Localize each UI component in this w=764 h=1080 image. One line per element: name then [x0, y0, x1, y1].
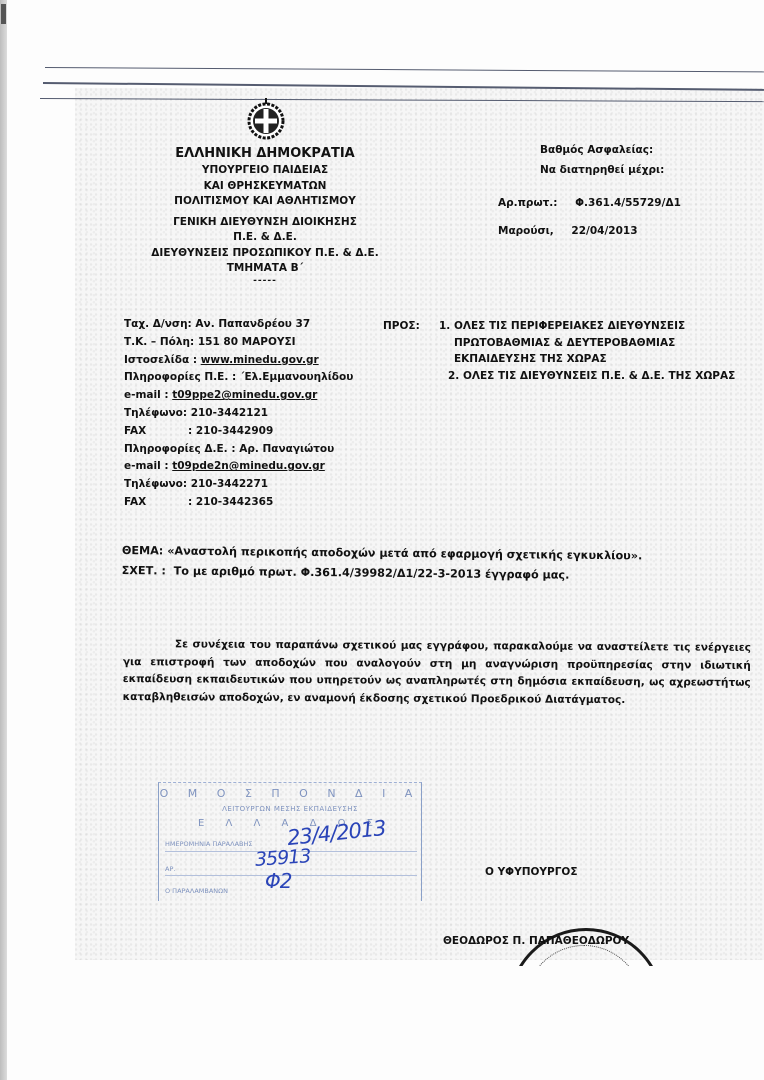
postal-label: Τ.Κ. – Πόλη: — [124, 336, 194, 348]
letterhead-line: Π.Ε. & Δ.Ε. — [140, 230, 390, 246]
protocol-number-row: Αρ.πρωτ.: Φ.361.4/55729/Δ1 — [498, 194, 728, 212]
handwritten-number: 35913 — [254, 845, 311, 871]
security-level-label: Βαθμός Ασφαλείας: — [540, 140, 728, 160]
recipients-label: ΠΡΟΣ: — [383, 318, 420, 335]
scan-line — [45, 67, 764, 72]
pe-info: ΄Ελ.Εμμανουηλίδου — [240, 371, 353, 383]
protocol-number: Φ.361.4/55729/Δ1 — [575, 197, 681, 209]
address-row: Ταχ. Δ/νση: Αν. Παπανδρέου 37 — [124, 316, 394, 334]
place-date-row: Μαρούσι, 22/04/2013 — [498, 222, 728, 240]
pe-fax: : 210-3442909 — [188, 425, 273, 437]
scrollbar-thumb[interactable] — [1, 4, 6, 24]
letterhead-line: ΚΑΙ ΘΡΗΣΚΕΥΜΑΤΩΝ — [140, 179, 390, 195]
pe-email-link[interactable]: t09ppe2@minedu.gov.gr — [172, 389, 317, 401]
postal: 151 80 ΜΑΡΟΥΣΙ — [198, 336, 296, 348]
stamp-recipient-label: Ο ΠΑΡΑΛΑΜΒΑΝΩΝ — [165, 887, 228, 895]
subject-label: ΘΕΜΑ: — [122, 544, 164, 557]
greek-coat-of-arms-icon — [246, 98, 286, 138]
address: Αν. Παπανδρέου 37 — [195, 318, 310, 330]
date: 22/04/2013 — [571, 225, 637, 237]
reference-text: Το με αριθμό πρωτ. Φ.361.4/39982/Δ1/22-3… — [174, 565, 570, 582]
letterhead-line: ΥΠΟΥΡΓΕΙΟ ΠΑΙΔΕΙΑΣ — [140, 163, 390, 179]
pe-phone: 210-3442121 — [191, 407, 268, 419]
address-label: Ταχ. Δ/νση: — [124, 318, 192, 330]
subject-text: «Αναστολή περικοπής αποδοχών μετά από εφ… — [167, 544, 642, 562]
pe-info-label: Πληροφορίες Π.Ε. : — [124, 371, 236, 383]
recipient-line: 1. ΟΛΕΣ ΤΙΣ ΠΕΡΙΦΕΡΕΙΑΚΕΣ ΔΙΕΥΘΥΝΣΕΙΣ — [439, 318, 764, 335]
letterhead: ΕΛΛΗΝΙΚΗ ΔΗΜΟΚΡΑΤΙΑ ΥΠΟΥΡΓΕΙΟ ΠΑΙΔΕΙΑΣ Κ… — [140, 145, 390, 285]
retain-until-label: Να διατηρηθεί μέχρι: — [540, 160, 728, 180]
subject-block: ΘΕΜΑ: «Αναστολή περικοπής αποδοχών μετά … — [122, 541, 762, 588]
letterhead-line: ΕΛΛΗΝΙΚΗ ΔΗΜΟΚΡΑΤΙΑ — [140, 145, 390, 163]
letterhead-line: ΠΟΛΙΤΙΣΜΟΥ ΚΑΙ ΑΘΛΗΤΙΣΜΟΥ — [140, 194, 390, 210]
postal-row: Τ.Κ. – Πόλη: 151 80 ΜΑΡΟΥΣΙ — [124, 334, 394, 352]
de-email-link[interactable]: t09pde2n@minedu.gov.gr — [172, 460, 325, 472]
scrollbar[interactable] — [0, 0, 7, 1080]
pe-email-row: e-mail : t09ppe2@minedu.gov.gr — [124, 387, 394, 405]
de-phone: 210-3442271 — [191, 478, 268, 490]
document-meta: Βαθμός Ασφαλείας: Να διατηρηθεί μέχρι: Α… — [498, 140, 728, 240]
website-row: Ιστοσελίδα : www.minedu.gov.gr — [124, 352, 394, 370]
letterhead-line: ΔΙΕΥΘΥΝΣΕΙΣ ΠΡΟΣΩΠΙΚΟΥ Π.Ε. & Δ.Ε. — [140, 246, 390, 262]
de-phone-row: Τηλέφωνο: 210-3442271 — [124, 476, 394, 494]
de-info: Αρ. Παναγιώτου — [239, 443, 334, 455]
body-paragraph: Σε συνέχεια του παραπάνω σχετικού μας εγ… — [123, 636, 751, 710]
reference-label: ΣΧΕΤ. : — [122, 564, 166, 577]
de-info-label: Πληροφορίες Δ.Ε. : — [124, 443, 236, 455]
received-stamp: Ο Μ Ο Σ Π Ο Ν Δ Ι Α ΛΕΙΤΟΥΡΓΩΝ ΜΕΣΗΣ ΕΚΠ… — [158, 782, 422, 901]
de-info-row: Πληροφορίες Δ.Ε. : Αρ. Παναγιώτου — [124, 441, 394, 459]
place: Μαρούσι, — [498, 225, 554, 237]
official-seal — [508, 928, 664, 1080]
website-label: Ιστοσελίδα : — [124, 354, 197, 366]
recipient-line: 2. ΟΛΕΣ ΤΙΣ ΔΙΕΥΘΥΝΣΕΙΣ Π.Ε. & Δ.Ε. ΤΗΣ … — [439, 368, 764, 385]
letterhead-divider: ----- — [140, 277, 390, 285]
recipient-line: ΕΚΠΑΙΔΕΥΣΗΣ ΤΗΣ ΧΩΡΑΣ — [439, 351, 764, 368]
pe-fax-label: FAX — [124, 423, 188, 441]
stamp-number-label: ΑΡ. — [165, 865, 175, 873]
de-email-row: e-mail : t09pde2n@minedu.gov.gr — [124, 458, 394, 476]
signer-name: ΘΕΟΔΩΡΟΣ Π. ΠΑΠΑΘΕΟΔΩΡΟΥ — [443, 935, 629, 947]
handwritten-code: Φ2 — [265, 869, 291, 893]
stamp-received-label: ΗΜΕΡΟΜΗΝΙΑ ΠΑΡΑΛΑΒΗΣ — [165, 840, 252, 848]
pe-phone-label: Τηλέφωνο: — [124, 407, 187, 419]
signature-title: Ο ΥΦΥΠΟΥΡΓΟΣ — [485, 866, 578, 878]
pe-fax-row: FAX: 210-3442909 — [124, 423, 394, 441]
recipient-line: ΠΡΩΤΟΒΑΘΜΙΑΣ & ΔΕΥΤΕΡΟΒΑΘΜΙΑΣ — [439, 335, 764, 352]
de-fax-row: FAX: 210-3442365 — [124, 494, 394, 512]
de-phone-label: Τηλέφωνο: — [124, 478, 187, 490]
letterhead-line: ΤΜΗΜΑΤΑ Β΄ — [140, 261, 390, 277]
de-fax: : 210-3442365 — [188, 496, 273, 508]
de-email-label: e-mail : — [124, 460, 169, 472]
pe-phone-row: Τηλέφωνο: 210-3442121 — [124, 405, 394, 423]
pe-email-label: e-mail : — [124, 389, 169, 401]
de-fax-label: FAX — [124, 494, 188, 512]
pe-info-row: Πληροφορίες Π.Ε. : ΄Ελ.Εμμανουηλίδου — [124, 369, 394, 387]
stamp-subtitle: ΛΕΙΤΟΥΡΓΩΝ ΜΕΣΗΣ ΕΚΠΑΙΔΕΥΣΗΣ — [159, 805, 421, 813]
recipients-block: ΠΡΟΣ: 1. ΟΛΕΣ ΤΙΣ ΠΕΡΙΦΕΡΕΙΑΚΕΣ ΔΙΕΥΘΥΝΣ… — [383, 318, 764, 384]
stamp-title: Ο Μ Ο Σ Π Ο Ν Δ Ι Α — [159, 787, 421, 800]
letterhead-line: ΓΕΝΙΚΗ ΔΙΕΥΘΥΝΣΗ ΔΙΟΙΚΗΣΗΣ — [140, 215, 390, 231]
website-link[interactable]: www.minedu.gov.gr — [201, 354, 319, 366]
protocol-label: Αρ.πρωτ.: — [498, 197, 557, 209]
contact-block: Ταχ. Δ/νση: Αν. Παπανδρέου 37 Τ.Κ. – Πόλ… — [124, 316, 394, 512]
